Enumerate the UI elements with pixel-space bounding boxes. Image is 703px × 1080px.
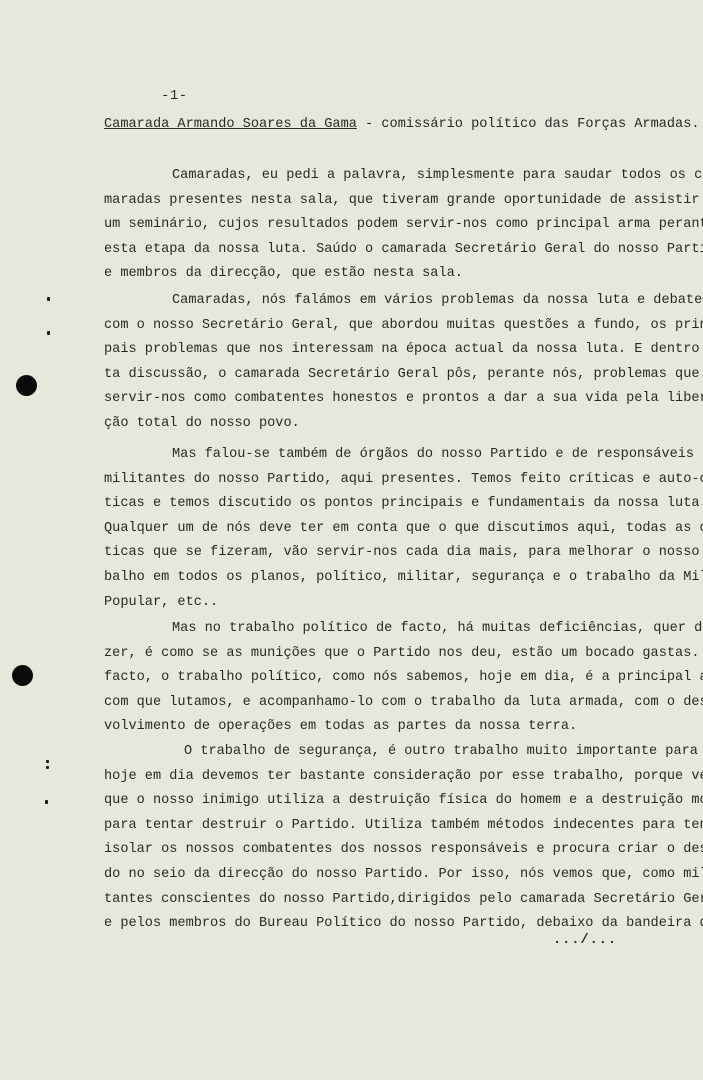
text-line: hoje em dia devemos ter bastante conside… [104,765,679,790]
text-line: Camaradas, nós falámos em vários problem… [104,289,679,314]
text-line: com que lutamos, e acompanhamo-lo com o … [104,691,679,716]
speaker-name: Camarada Armando Soares da Gama [104,117,357,132]
paragraph-4: Mas no trabalho político de facto, há mu… [104,617,679,740]
text-line: e membros da direcção, que estão nesta s… [104,262,679,287]
text-line: com o nosso Secretário Geral, que abordo… [104,314,679,339]
speaker-role: comissário político das Forças Armadas. [381,117,699,132]
text-line: Popular, etc.. [104,591,679,616]
punch-hole [12,665,33,686]
paragraph-2: Camaradas, nós falámos em vários problem… [104,289,679,437]
text-line: Mas no trabalho político de facto, há mu… [104,617,679,642]
paragraph-1: Camaradas, eu pedi a palavra, simplesmen… [104,164,679,287]
text-line: ta discussão, o camarada Secretário Gera… [104,363,679,388]
text-line: do no seio da direcção do nosso Partido.… [104,863,679,888]
paragraph-5: O trabalho de segurança, é outro trabalh… [104,740,679,937]
text-line: Qualquer um de nós deve ter em conta que… [104,517,679,542]
speaker-heading: Camarada Armando Soares da Gama - comiss… [104,117,700,132]
text-line: Camaradas, eu pedi a palavra, simplesmen… [104,164,679,189]
text-line: facto, o trabalho político, como nós sab… [104,666,679,691]
paragraph-3: Mas falou-se também de órgãos do nosso P… [104,443,679,615]
text-line: esta etapa da nossa luta. Saúdo o camara… [104,238,679,263]
heading-separator: - [357,117,381,132]
text-line: isolar os nossos combatentes dos nossos … [104,838,679,863]
text-line: balho em todos os planos, político, mili… [104,566,679,591]
text-line: ticas e temos discutido os pontos princi… [104,492,679,517]
document-page: -1- Camarada Armando Soares da Gama - co… [0,0,703,1080]
text-line: que o nosso inimigo utiliza a destruição… [104,789,679,814]
page-number: -1- [161,88,188,104]
margin-mark [47,331,50,335]
text-line: pais problemas que nos interessam na épo… [104,338,679,363]
continuation-mark: .../... [553,933,617,948]
text-line: Mas falou-se também de órgãos do nosso P… [104,443,679,468]
text-line: O trabalho de segurança, é outro trabalh… [104,740,679,765]
text-line: zer, é como se as munições que o Partido… [104,642,679,667]
text-line: ção total do nosso povo. [104,412,679,437]
text-line: volvimento de operações em todas as part… [104,715,679,740]
text-line: para tentar destruir o Partido. Utiliza … [104,814,679,839]
text-line: servir-nos como combatentes honestos e p… [104,387,679,412]
text-line: ticas que se fizeram, vão servir-nos cad… [104,541,679,566]
text-line: militantes do nosso Partido, aqui presen… [104,468,679,493]
punch-hole [16,375,37,396]
text-line: um seminário, cujos resultados podem ser… [104,213,679,238]
margin-mark [45,800,48,804]
margin-mark [46,760,49,763]
margin-mark [47,297,50,301]
text-line: maradas presentes nesta sala, que tivera… [104,189,679,214]
text-line: tantes conscientes do nosso Partido,diri… [104,888,679,913]
margin-mark [46,766,49,769]
